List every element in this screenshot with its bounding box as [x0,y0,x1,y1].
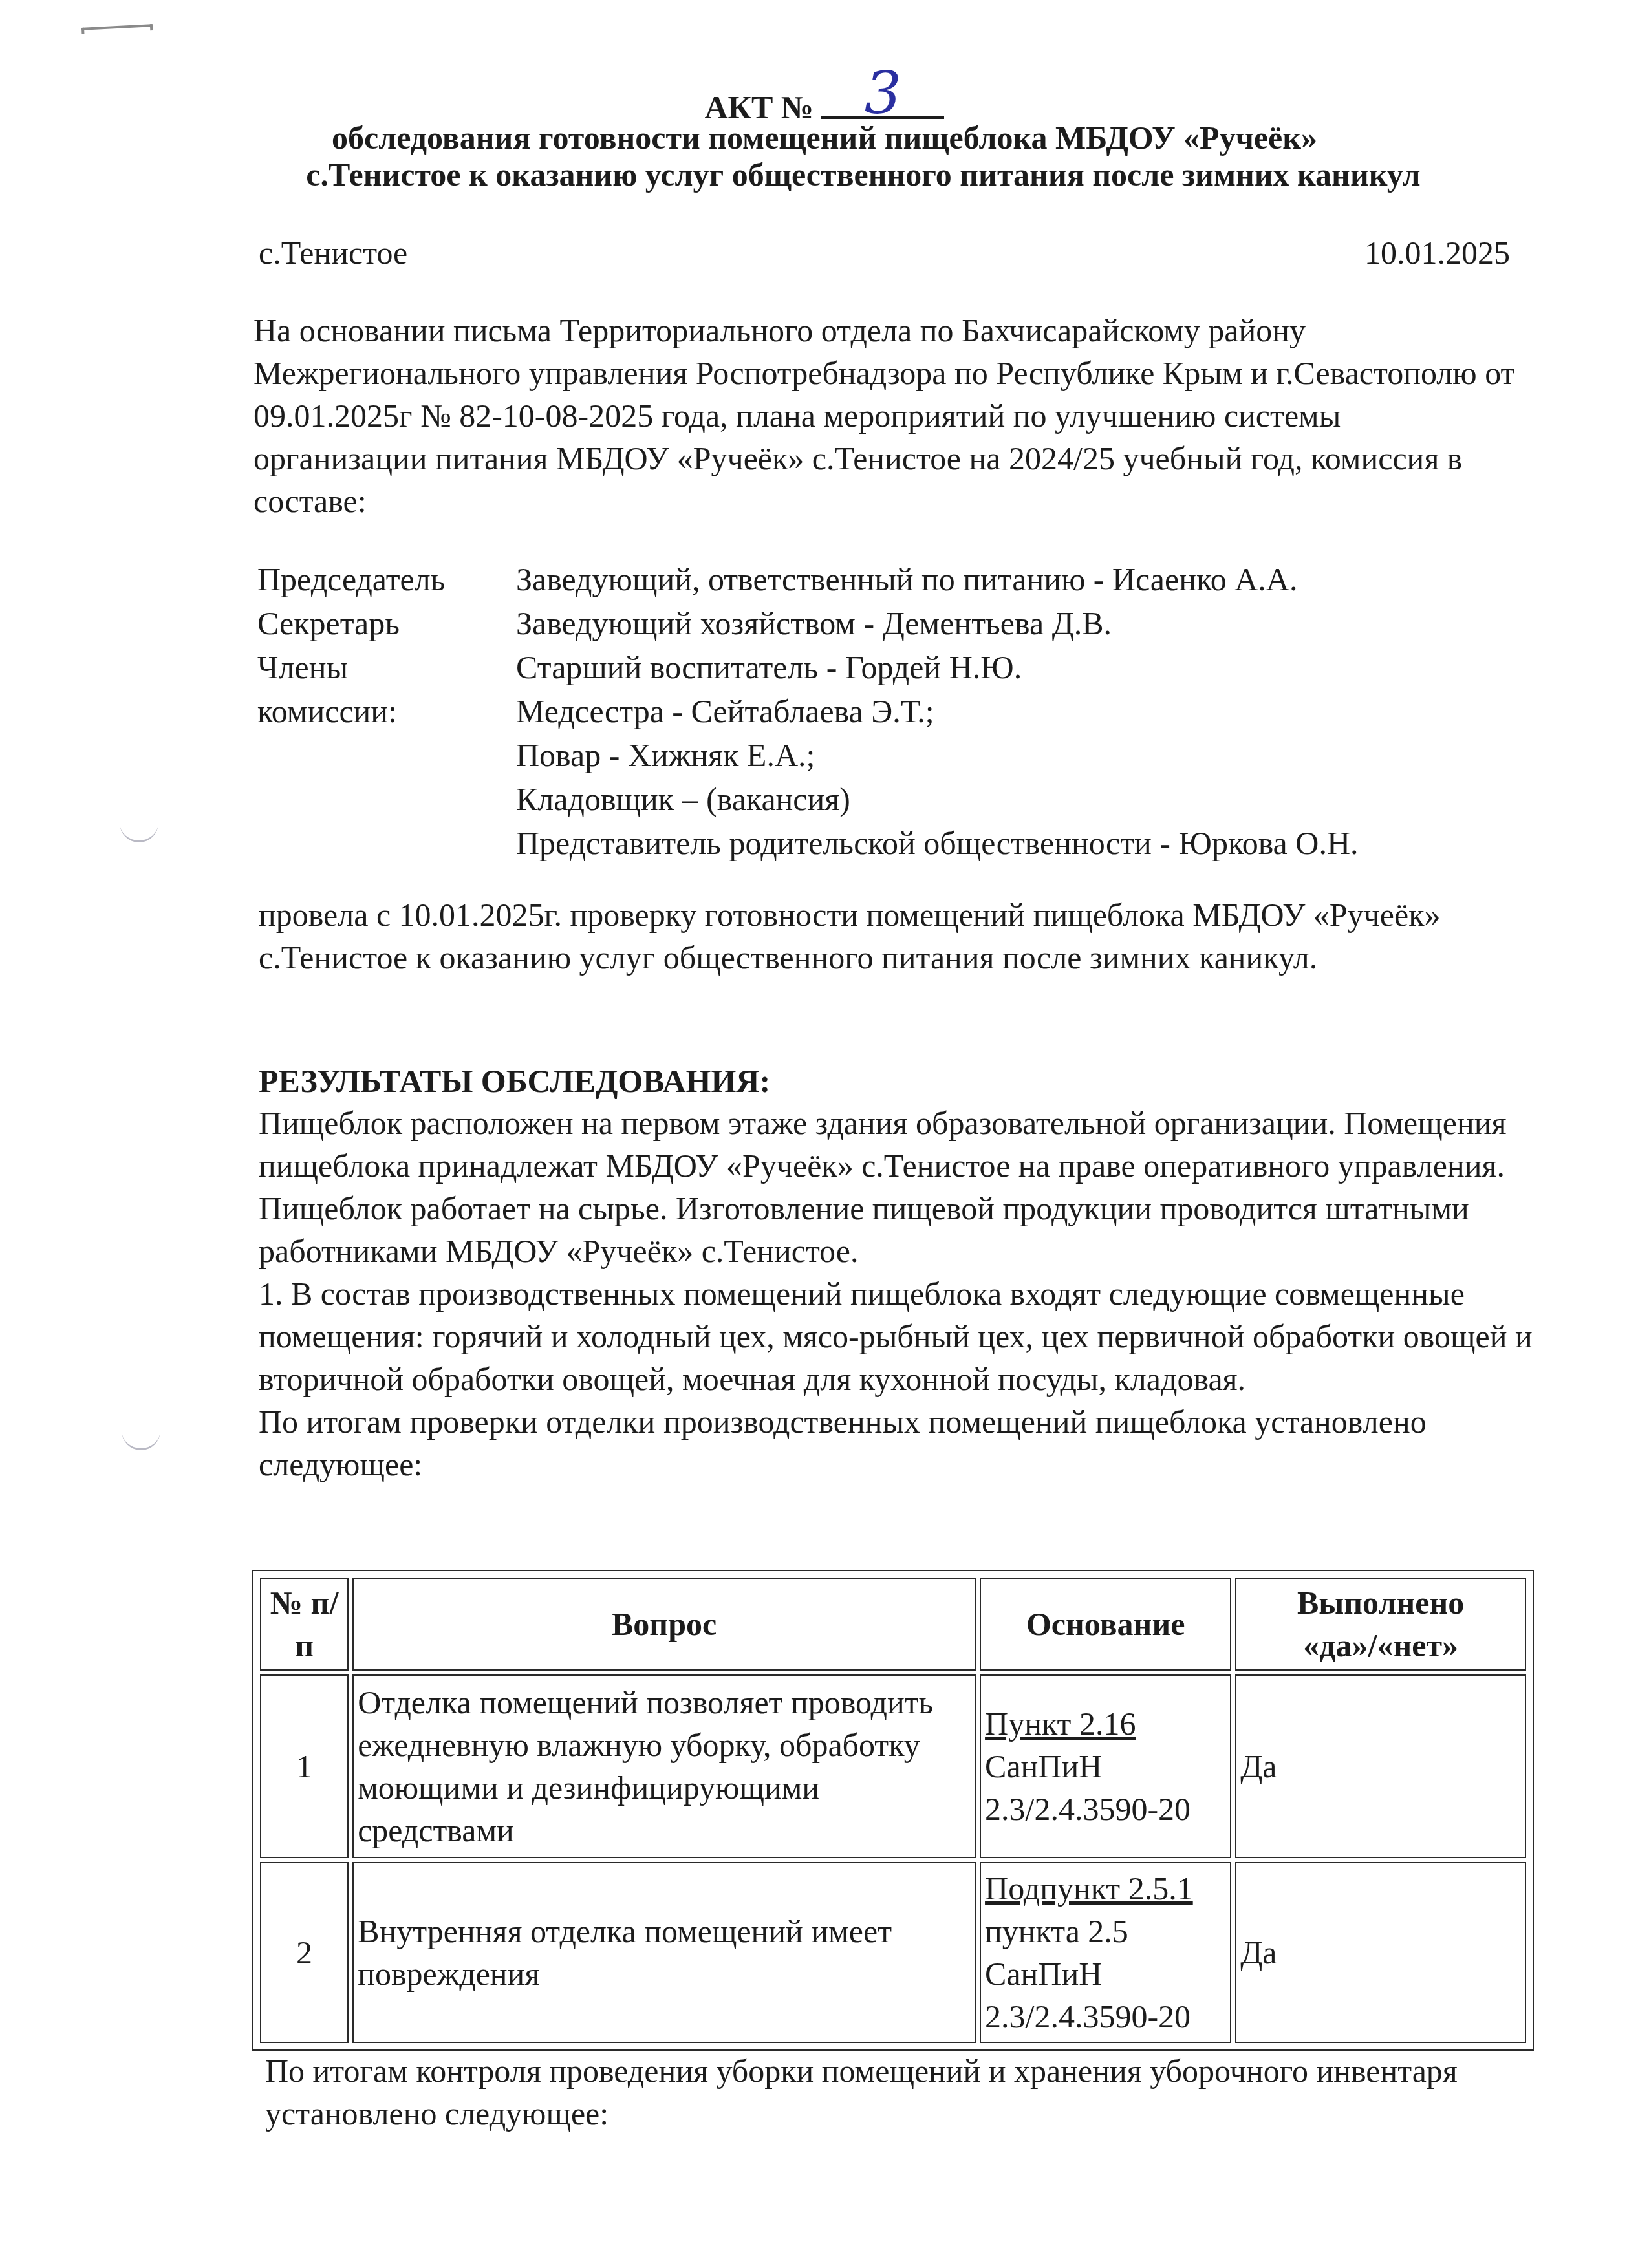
secretary-value: Заведующий хозяйством - Дементьева Д.В. [516,601,1112,645]
basis-line: СанПиН [985,1745,1226,1788]
commission-list: Председатель Заведующий, ответственный п… [257,557,1359,865]
chair-label: Председатель [257,557,516,601]
row-num: 1 [260,1674,349,1858]
checklist-table: № п/п Вопрос Основание Выполнено «да»/«н… [256,1574,1530,2047]
row-question: Внутренняя отделка помещений имеет повре… [352,1862,976,2043]
basis-line: 2.3/2.4.3590-20 [985,1995,1226,2038]
checklist-table-frame: № п/п Вопрос Основание Выполнено «да»/«н… [252,1570,1534,2051]
commission-chair-row: Председатель Заведующий, ответственный п… [257,557,1359,601]
members-value-list: Старший воспитатель - Гордей Н.Ю. Медсес… [516,645,1359,865]
results-paragraph: Пищеблок расположен на первом этаже здан… [259,1102,1533,1187]
conducted-paragraph: провела с 10.01.2025г. проверку готовнос… [259,893,1526,979]
table-row: 1 Отделка помещений позволяет проводить … [260,1674,1526,1858]
chair-value: Заведующий, ответственный по питанию - И… [516,557,1297,601]
act-title: АКТ № 3 [0,76,1649,127]
row-num: 2 [260,1862,349,2043]
row-question: Отделка помещений позволяет проводить еж… [352,1674,976,1858]
member-item: Кладовщик – (вакансия) [516,777,1359,821]
act-subtitle-line1: обследования готовности помещений пищебл… [0,120,1649,157]
punch-hole-mark [122,1430,160,1450]
header-num: № п/п [260,1578,349,1671]
members-label-line1: Члены [257,649,348,685]
row-basis: Подпункт 2.5.1 пункта 2.5 СанПиН 2.3/2.4… [980,1862,1231,2043]
basis-line: 2.3/2.4.3590-20 [985,1788,1226,1830]
member-item: Медсестра - Сейтаблаева Э.Т.; [516,689,1359,733]
commission-secretary-row: Секретарь Заведующий хозяйством - Демент… [257,601,1359,645]
act-subtitle-line2: с.Тенистое к оказанию услуг общественног… [0,156,1649,194]
header-basis: Основание [980,1578,1231,1671]
members-label: Члены комиссии: [257,645,516,865]
results-paragraph: По итогам проверки отделки производствен… [259,1400,1533,1486]
row-done: Да [1235,1674,1526,1858]
act-number-handwritten: 3 [821,71,944,119]
basis-reference-link[interactable]: Пункт 2.16 [985,1702,1226,1745]
document-date: 10.01.2025 [1364,234,1510,272]
table-row: 2 Внутренняя отделка помещений имеет пов… [260,1862,1526,2043]
basis-line: пункта 2.5 [985,1910,1226,1952]
staple-mark [81,24,153,30]
table-header-row: № п/п Вопрос Основание Выполнено «да»/«н… [260,1578,1526,1671]
basis-line: СанПиН [985,1952,1226,1995]
member-item: Повар - Хижняк Е.А.; [516,733,1359,777]
document-place: с.Тенистое [259,234,407,272]
members-label-line2: комиссии: [257,693,397,729]
member-item: Представитель родительской общественност… [516,821,1359,865]
row-done: Да [1235,1862,1526,2043]
secretary-label: Секретарь [257,601,516,645]
results-heading: РЕЗУЛЬТАТЫ ОБСЛЕДОВАНИЯ: [259,1060,1533,1102]
basis-reference-link[interactable]: Подпункт 2.5.1 [985,1867,1226,1910]
intro-paragraph: На основании письма Территориального отд… [253,309,1521,522]
punch-hole-mark [120,822,158,842]
header-done: Выполнено «да»/«нет» [1235,1578,1526,1671]
closing-paragraph: По итогам контроля проведения уборки пом… [265,2049,1533,2135]
commission-members-row: Члены комиссии: Старший воспитатель - Го… [257,645,1359,865]
row-basis: Пункт 2.16 СанПиН 2.3/2.4.3590-20 [980,1674,1231,1858]
header-question: Вопрос [352,1578,976,1671]
member-item: Старший воспитатель - Гордей Н.Ю. [516,645,1359,689]
results-paragraph: Пищеблок работает на сырье. Изготовление… [259,1187,1533,1272]
results-section: РЕЗУЛЬТАТЫ ОБСЛЕДОВАНИЯ: Пищеблок распол… [259,1060,1533,1486]
results-paragraph: 1. В состав производственных помещений п… [259,1272,1533,1400]
